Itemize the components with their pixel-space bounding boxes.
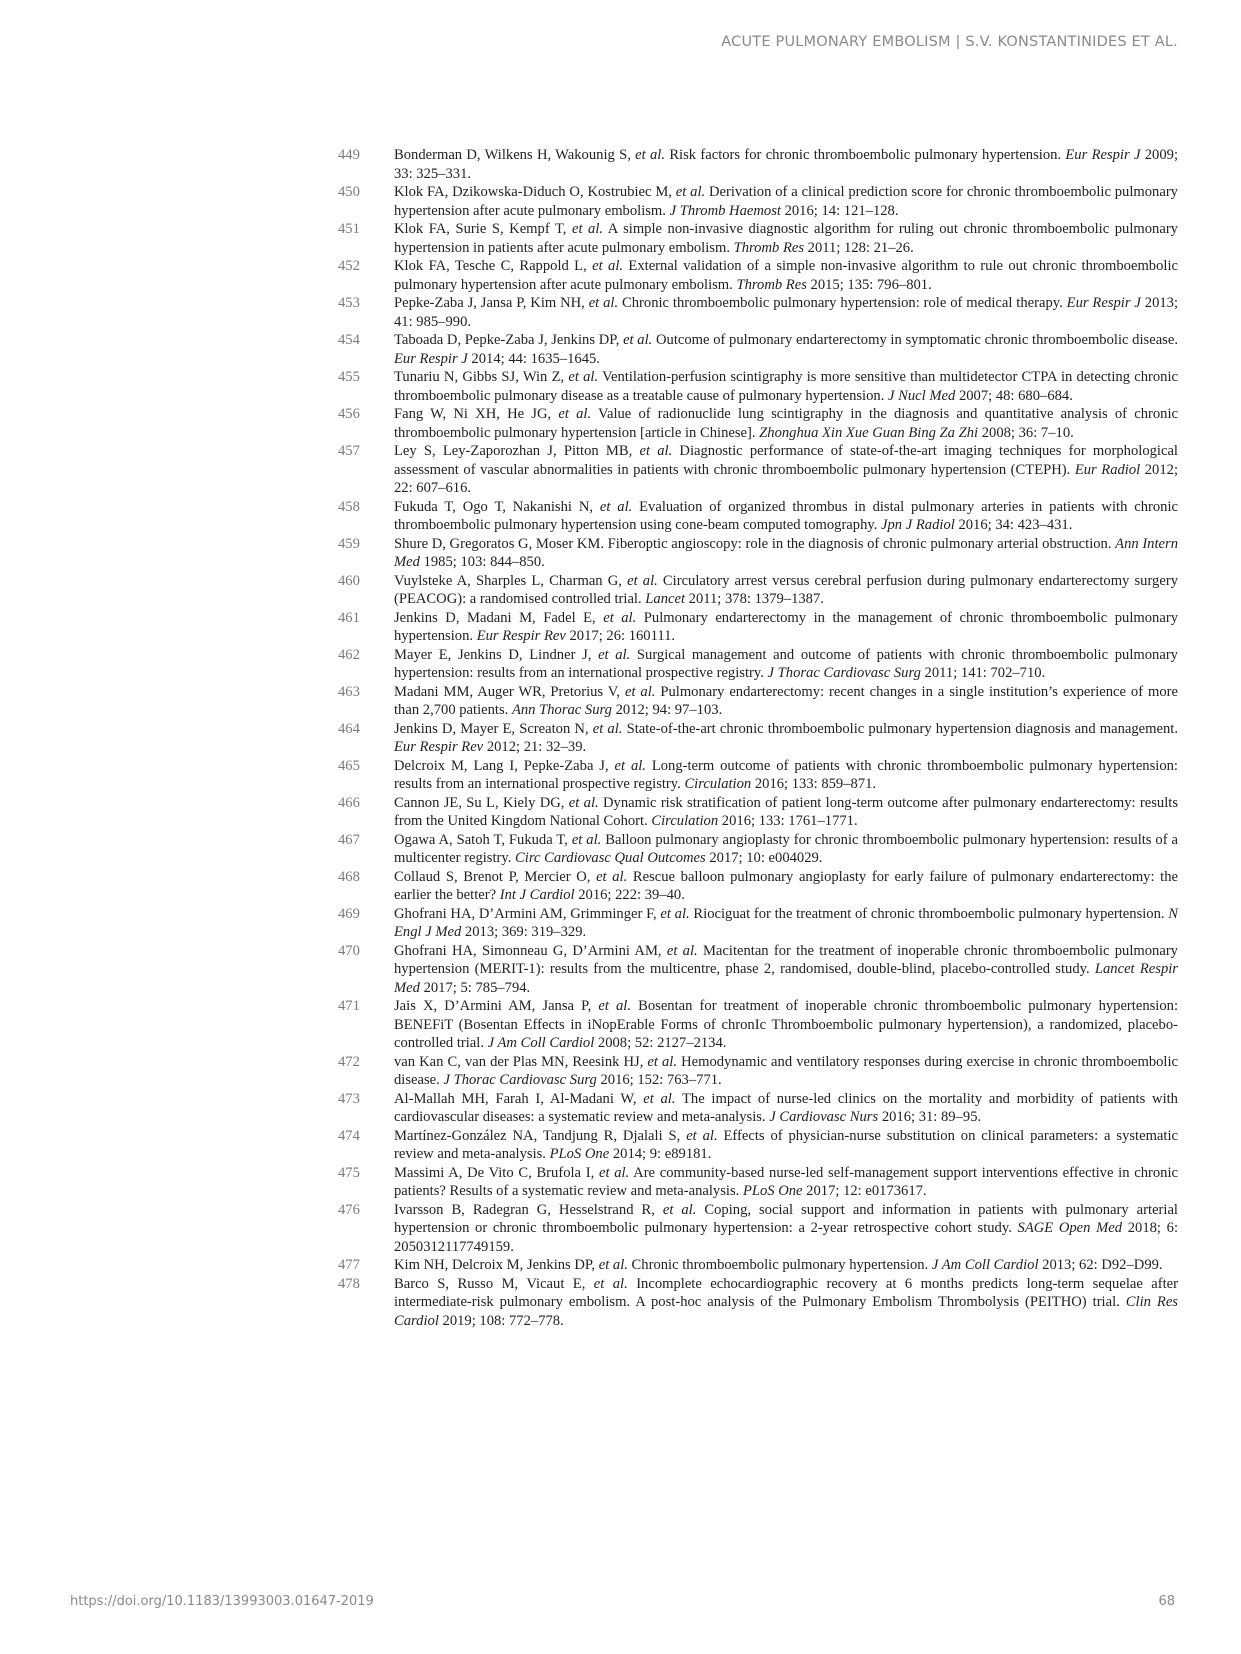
reference-segment: 2017; 10: e004029. — [706, 850, 823, 866]
reference-number: 471 — [338, 997, 394, 1053]
reference-item: 476Ivarsson B, Radegran G, Hesselstrand … — [348, 1201, 1178, 1257]
reference-italic-segment: et al. — [623, 332, 652, 348]
reference-segment: Fang W, Ni XH, He JG, — [394, 406, 558, 422]
reference-segment: 2012; 21: 32–39. — [483, 739, 586, 755]
reference-segment: 2011; 141: 702–710. — [921, 665, 1045, 681]
reference-italic-segment: J Am Coll Cardiol — [488, 1035, 595, 1051]
reference-italic-segment: Eur Respir J — [1067, 295, 1141, 311]
reference-italic-segment: et al. — [627, 573, 658, 589]
reference-segment: Jenkins D, Madani M, Fadel E, — [394, 610, 603, 626]
reference-text: Ogawa A, Satoh T, Fukuda T, et al. Ballo… — [394, 831, 1178, 868]
reference-italic-segment: J Am Coll Cardiol — [932, 1257, 1039, 1273]
reference-text: Martínez-González NA, Tandjung R, Djalal… — [394, 1127, 1178, 1164]
reference-number: 461 — [338, 609, 394, 646]
reference-segment: Klok FA, Dzikowska-Diduch O, Kostrubiec … — [394, 184, 676, 200]
reference-text: van Kan C, van der Plas MN, Reesink HJ, … — [394, 1053, 1178, 1090]
reference-text: Klok FA, Tesche C, Rappold L, et al. Ext… — [394, 257, 1178, 294]
reference-text: Tunariu N, Gibbs SJ, Win Z, et al. Venti… — [394, 368, 1178, 405]
page-number: 68 — [1158, 1594, 1175, 1609]
reference-number: 478 — [338, 1275, 394, 1331]
reference-segment: Collaud S, Brenot P, Mercier O, — [394, 869, 596, 885]
reference-segment: 2011; 128: 21–26. — [804, 240, 914, 256]
reference-number: 466 — [338, 794, 394, 831]
reference-text: Massimi A, De Vito C, Brufola I, et al. … — [394, 1164, 1178, 1201]
reference-number: 455 — [338, 368, 394, 405]
reference-text: Klok FA, Surie S, Kempf T, et al. A simp… — [394, 220, 1178, 257]
reference-segment: 2012; 94: 97–103. — [612, 702, 722, 718]
reference-text: Klok FA, Dzikowska-Diduch O, Kostrubiec … — [394, 183, 1178, 220]
reference-italic-segment: PLoS One — [743, 1183, 803, 1199]
reference-text: Jenkins D, Madani M, Fadel E, et al. Pul… — [394, 609, 1178, 646]
reference-item: 453Pepke-Zaba J, Jansa P, Kim NH, et al.… — [348, 294, 1178, 331]
reference-italic-segment: J Thromb Haemost — [670, 203, 781, 219]
reference-italic-segment: Int J Cardiol — [500, 887, 575, 903]
reference-segment: Shure D, Gregoratos G, Moser KM. Fiberop… — [394, 536, 1115, 552]
reference-italic-segment: et al. — [603, 610, 636, 626]
reference-segment: 2013; 62: D92–D99. — [1039, 1257, 1163, 1273]
reference-number: 477 — [338, 1256, 394, 1275]
reference-item: 457Ley S, Ley-Zaporozhan J, Pitton MB, e… — [348, 442, 1178, 498]
reference-number: 475 — [338, 1164, 394, 1201]
reference-list: 449Bonderman D, Wilkens H, Wakounig S, e… — [348, 146, 1178, 1330]
reference-italic-segment: et al. — [599, 1257, 628, 1273]
reference-item: 456Fang W, Ni XH, He JG, et al. Value of… — [348, 405, 1178, 442]
reference-item: 461Jenkins D, Madani M, Fadel E, et al. … — [348, 609, 1178, 646]
reference-italic-segment: et al. — [625, 684, 655, 700]
reference-segment: Chronic thromboembolic pulmonary hyperte… — [628, 1257, 932, 1273]
reference-segment: Outcome of pulmonary endarterectomy in s… — [652, 332, 1178, 348]
reference-item: 475Massimi A, De Vito C, Brufola I, et a… — [348, 1164, 1178, 1201]
reference-italic-segment: J Nucl Med — [888, 388, 955, 404]
reference-number: 468 — [338, 868, 394, 905]
reference-segment: Martínez-González NA, Tandjung R, Djalal… — [394, 1128, 686, 1144]
reference-italic-segment: Thromb Res — [734, 240, 804, 256]
reference-italic-segment: et al. — [558, 406, 591, 422]
reference-segment: Barco S, Russo M, Vicaut E, — [394, 1276, 594, 1292]
reference-item: 451Klok FA, Surie S, Kempf T, et al. A s… — [348, 220, 1178, 257]
reference-text: Shure D, Gregoratos G, Moser KM. Fiberop… — [394, 535, 1178, 572]
reference-text: Jais X, D’Armini AM, Jansa P, et al. Bos… — [394, 997, 1178, 1053]
reference-segment: Ogawa A, Satoh T, Fukuda T, — [394, 832, 572, 848]
reference-italic-segment: et al. — [598, 998, 631, 1014]
reference-text: Jenkins D, Mayer E, Screaton N, et al. S… — [394, 720, 1178, 757]
reference-italic-segment: PLoS One — [550, 1146, 610, 1162]
reference-text: Madani MM, Auger WR, Pretorius V, et al.… — [394, 683, 1178, 720]
reference-number: 467 — [338, 831, 394, 868]
reference-italic-segment: Ann Thorac Surg — [512, 702, 612, 718]
reference-number: 460 — [338, 572, 394, 609]
reference-segment: Cannon JE, Su L, Kiely DG, — [394, 795, 569, 811]
reference-italic-segment: et al. — [660, 906, 689, 922]
reference-segment: Risk factors for chronic thromboembolic … — [665, 147, 1065, 163]
reference-italic-segment: et al. — [600, 499, 632, 515]
reference-italic-segment: Eur Respir Rev — [477, 628, 566, 644]
reference-segment: Ghofrani HA, Simonneau G, D’Armini AM, — [394, 943, 667, 959]
reference-text: Ghofrani HA, Simonneau G, D’Armini AM, e… — [394, 942, 1178, 998]
reference-segment: 2016; 31: 89–95. — [878, 1109, 981, 1125]
reference-italic-segment: et al. — [572, 221, 603, 237]
reference-italic-segment: Lancet — [645, 591, 685, 607]
reference-segment: 1985; 103: 844–850. — [420, 554, 545, 570]
reference-italic-segment: J Thorac Cardiovasc Surg — [768, 665, 921, 681]
reference-item: 468Collaud S, Brenot P, Mercier O, et al… — [348, 868, 1178, 905]
reference-segment: 2011; 378: 1379–1387. — [685, 591, 824, 607]
reference-italic-segment: Eur Radiol — [1075, 462, 1140, 478]
reference-segment: 2016; 34: 423–431. — [955, 517, 1073, 533]
reference-text: Barco S, Russo M, Vicaut E, et al. Incom… — [394, 1275, 1178, 1331]
reference-text: Delcroix M, Lang I, Pepke-Zaba J, et al.… — [394, 757, 1178, 794]
reference-item: 466Cannon JE, Su L, Kiely DG, et al. Dyn… — [348, 794, 1178, 831]
reference-segment: Madani MM, Auger WR, Pretorius V, — [394, 684, 625, 700]
reference-number: 453 — [338, 294, 394, 331]
reference-item: 473Al-Mallah MH, Farah I, Al-Madani W, e… — [348, 1090, 1178, 1127]
reference-segment: Riociguat for the treatment of chronic t… — [690, 906, 1169, 922]
reference-segment: Bonderman D, Wilkens H, Wakounig S, — [394, 147, 635, 163]
reference-italic-segment: et al. — [572, 832, 601, 848]
reference-number: 464 — [338, 720, 394, 757]
reference-italic-segment: Eur Respir J — [394, 351, 468, 367]
reference-segment: 2019; 108: 772–778. — [439, 1313, 564, 1329]
reference-segment: 2016; 133: 859–871. — [751, 776, 876, 792]
reference-segment: Ivarsson B, Radegran G, Hesselstrand R, — [394, 1202, 663, 1218]
reference-italic-segment: et al. — [615, 758, 646, 774]
reference-segment: Ley S, Ley-Zaporozhan J, Pitton MB, — [394, 443, 639, 459]
reference-italic-segment: Circ Cardiovasc Qual Outcomes — [515, 850, 706, 866]
reference-segment: Fukuda T, Ogo T, Nakanishi N, — [394, 499, 600, 515]
doi-link[interactable]: https://doi.org/10.1183/13993003.01647-2… — [70, 1594, 374, 1609]
reference-number: 465 — [338, 757, 394, 794]
reference-segment: Chronic thromboembolic pulmonary hyperte… — [618, 295, 1067, 311]
reference-italic-segment: Jpn J Radiol — [881, 517, 955, 533]
reference-italic-segment: J Cardiovasc Nurs — [769, 1109, 878, 1125]
reference-italic-segment: et al. — [599, 1165, 629, 1181]
reference-segment: 2014; 9: e89181. — [609, 1146, 711, 1162]
reference-italic-segment: Circulation — [684, 776, 751, 792]
reference-number: 472 — [338, 1053, 394, 1090]
reference-segment: 2008; 52: 2127–2134. — [594, 1035, 726, 1051]
reference-text: Kim NH, Delcroix M, Jenkins DP, et al. C… — [394, 1256, 1178, 1275]
reference-item: 464Jenkins D, Mayer E, Screaton N, et al… — [348, 720, 1178, 757]
reference-number: 476 — [338, 1201, 394, 1257]
reference-number: 462 — [338, 646, 394, 683]
reference-text: Al-Mallah MH, Farah I, Al-Madani W, et a… — [394, 1090, 1178, 1127]
reference-segment: Pepke-Zaba J, Jansa P, Kim NH, — [394, 295, 589, 311]
reference-text: Taboada D, Pepke-Zaba J, Jenkins DP, et … — [394, 331, 1178, 368]
reference-italic-segment: et al. — [635, 147, 665, 163]
reference-text: Bonderman D, Wilkens H, Wakounig S, et a… — [394, 146, 1178, 183]
reference-italic-segment: et al. — [568, 369, 598, 385]
reference-italic-segment: SAGE Open Med — [1018, 1220, 1123, 1236]
reference-segment: Mayer E, Jenkins D, Lindner J, — [394, 647, 598, 663]
reference-segment: Jenkins D, Mayer E, Screaton N, — [394, 721, 593, 737]
reference-italic-segment: et al. — [596, 869, 627, 885]
reference-segment: Vuylsteke A, Sharples L, Charman G, — [394, 573, 627, 589]
reference-text: Collaud S, Brenot P, Mercier O, et al. R… — [394, 868, 1178, 905]
reference-segment: 2007; 48: 680–684. — [955, 388, 1073, 404]
reference-italic-segment: Eur Respir J — [1065, 147, 1140, 163]
reference-segment: Taboada D, Pepke-Zaba J, Jenkins DP, — [394, 332, 623, 348]
reference-text: Ivarsson B, Radegran G, Hesselstrand R, … — [394, 1201, 1178, 1257]
reference-italic-segment: Eur Respir Rev — [394, 739, 483, 755]
reference-text: Fukuda T, Ogo T, Nakanishi N, et al. Eva… — [394, 498, 1178, 535]
reference-segment: Al-Mallah MH, Farah I, Al-Madani W, — [394, 1091, 643, 1107]
reference-item: 455Tunariu N, Gibbs SJ, Win Z, et al. Ve… — [348, 368, 1178, 405]
reference-italic-segment: et al. — [594, 1276, 628, 1292]
reference-number: 456 — [338, 405, 394, 442]
reference-segment: State-of-the-art chronic thromboembolic … — [622, 721, 1178, 737]
reference-italic-segment: et al. — [676, 184, 705, 200]
reference-item: 460Vuylsteke A, Sharples L, Charman G, e… — [348, 572, 1178, 609]
reference-item: 467Ogawa A, Satoh T, Fukuda T, et al. Ba… — [348, 831, 1178, 868]
reference-number: 449 — [338, 146, 394, 183]
reference-italic-segment: Circulation — [651, 813, 718, 829]
reference-italic-segment: et al. — [589, 295, 618, 311]
reference-item: 459Shure D, Gregoratos G, Moser KM. Fibe… — [348, 535, 1178, 572]
reference-item: 474Martínez-González NA, Tandjung R, Dja… — [348, 1127, 1178, 1164]
reference-number: 454 — [338, 331, 394, 368]
reference-item: 470Ghofrani HA, Simonneau G, D’Armini AM… — [348, 942, 1178, 998]
reference-number: 452 — [338, 257, 394, 294]
reference-item: 472van Kan C, van der Plas MN, Reesink H… — [348, 1053, 1178, 1090]
reference-segment: 2017; 26: 160111. — [566, 628, 675, 644]
reference-segment: van Kan C, van der Plas MN, Reesink HJ, — [394, 1054, 647, 1070]
reference-number: 450 — [338, 183, 394, 220]
reference-number: 473 — [338, 1090, 394, 1127]
reference-segment: 2015; 135: 796–801. — [807, 277, 932, 293]
reference-text: Vuylsteke A, Sharples L, Charman G, et a… — [394, 572, 1178, 609]
reference-italic-segment: et al. — [593, 721, 623, 737]
reference-number: 457 — [338, 442, 394, 498]
reference-text: Ghofrani HA, D’Armini AM, Grimminger F, … — [394, 905, 1178, 942]
reference-segment: 2016; 152: 763–771. — [597, 1072, 722, 1088]
reference-text: Fang W, Ni XH, He JG, et al. Value of ra… — [394, 405, 1178, 442]
reference-segment: Delcroix M, Lang I, Pepke-Zaba J, — [394, 758, 615, 774]
reference-segment: Jais X, D’Armini AM, Jansa P, — [394, 998, 598, 1014]
reference-italic-segment: et al. — [598, 647, 630, 663]
running-head: ACUTE PULMONARY EMBOLISM | S.V. KONSTANT… — [721, 34, 1178, 50]
reference-text: Pepke-Zaba J, Jansa P, Kim NH, et al. Ch… — [394, 294, 1178, 331]
reference-item: 450Klok FA, Dzikowska-Diduch O, Kostrubi… — [348, 183, 1178, 220]
reference-italic-segment: et al. — [686, 1128, 717, 1144]
reference-text: Mayer E, Jenkins D, Lindner J, et al. Su… — [394, 646, 1178, 683]
reference-segment: 2016; 14: 121–128. — [781, 203, 899, 219]
reference-italic-segment: Thromb Res — [736, 277, 806, 293]
reference-item: 454Taboada D, Pepke-Zaba J, Jenkins DP, … — [348, 331, 1178, 368]
reference-segment: Klok FA, Surie S, Kempf T, — [394, 221, 572, 237]
reference-italic-segment: et al. — [592, 258, 623, 274]
reference-item: 478Barco S, Russo M, Vicaut E, et al. In… — [348, 1275, 1178, 1331]
reference-italic-segment: et al. — [643, 1091, 675, 1107]
reference-item: 469Ghofrani HA, D’Armini AM, Grimminger … — [348, 905, 1178, 942]
reference-item: 463Madani MM, Auger WR, Pretorius V, et … — [348, 683, 1178, 720]
reference-segment: Ghofrani HA, D’Armini AM, Grimminger F, — [394, 906, 660, 922]
reference-italic-segment: et al. — [639, 443, 672, 459]
reference-italic-segment: et al. — [667, 943, 698, 959]
reference-number: 451 — [338, 220, 394, 257]
reference-segment: 2017; 12: e0173617. — [803, 1183, 927, 1199]
reference-segment: 2013; 369: 319–329. — [461, 924, 586, 940]
reference-text: Cannon JE, Su L, Kiely DG, et al. Dynami… — [394, 794, 1178, 831]
reference-item: 462Mayer E, Jenkins D, Lindner J, et al.… — [348, 646, 1178, 683]
reference-segment: 2008; 36: 7–10. — [978, 425, 1074, 441]
reference-segment: 2016; 222: 39–40. — [575, 887, 685, 903]
reference-text: Ley S, Ley-Zaporozhan J, Pitton MB, et a… — [394, 442, 1178, 498]
reference-number: 469 — [338, 905, 394, 942]
reference-item: 458Fukuda T, Ogo T, Nakanishi N, et al. … — [348, 498, 1178, 535]
reference-segment: Klok FA, Tesche C, Rappold L, — [394, 258, 592, 274]
reference-number: 458 — [338, 498, 394, 535]
reference-item: 452Klok FA, Tesche C, Rappold L, et al. … — [348, 257, 1178, 294]
reference-italic-segment: et al. — [663, 1202, 697, 1218]
reference-item: 477Kim NH, Delcroix M, Jenkins DP, et al… — [348, 1256, 1178, 1275]
reference-number: 474 — [338, 1127, 394, 1164]
reference-segment: Kim NH, Delcroix M, Jenkins DP, — [394, 1257, 599, 1273]
reference-segment: Massimi A, De Vito C, Brufola I, — [394, 1165, 599, 1181]
reference-number: 463 — [338, 683, 394, 720]
reference-segment: Tunariu N, Gibbs SJ, Win Z, — [394, 369, 568, 385]
reference-segment: 2014; 44: 1635–1645. — [468, 351, 600, 367]
reference-number: 459 — [338, 535, 394, 572]
reference-item: 471Jais X, D’Armini AM, Jansa P, et al. … — [348, 997, 1178, 1053]
reference-segment: 2016; 133: 1761–1771. — [718, 813, 857, 829]
reference-segment: 2017; 5: 785–794. — [420, 980, 530, 996]
reference-italic-segment: J Thorac Cardiovasc Surg — [443, 1072, 596, 1088]
reference-number: 470 — [338, 942, 394, 998]
reference-italic-segment: Zhonghua Xin Xue Guan Bing Za Zhi — [759, 425, 978, 441]
reference-item: 465Delcroix M, Lang I, Pepke-Zaba J, et … — [348, 757, 1178, 794]
reference-italic-segment: et al. — [647, 1054, 677, 1070]
reference-item: 449Bonderman D, Wilkens H, Wakounig S, e… — [348, 146, 1178, 183]
reference-italic-segment: et al. — [569, 795, 599, 811]
